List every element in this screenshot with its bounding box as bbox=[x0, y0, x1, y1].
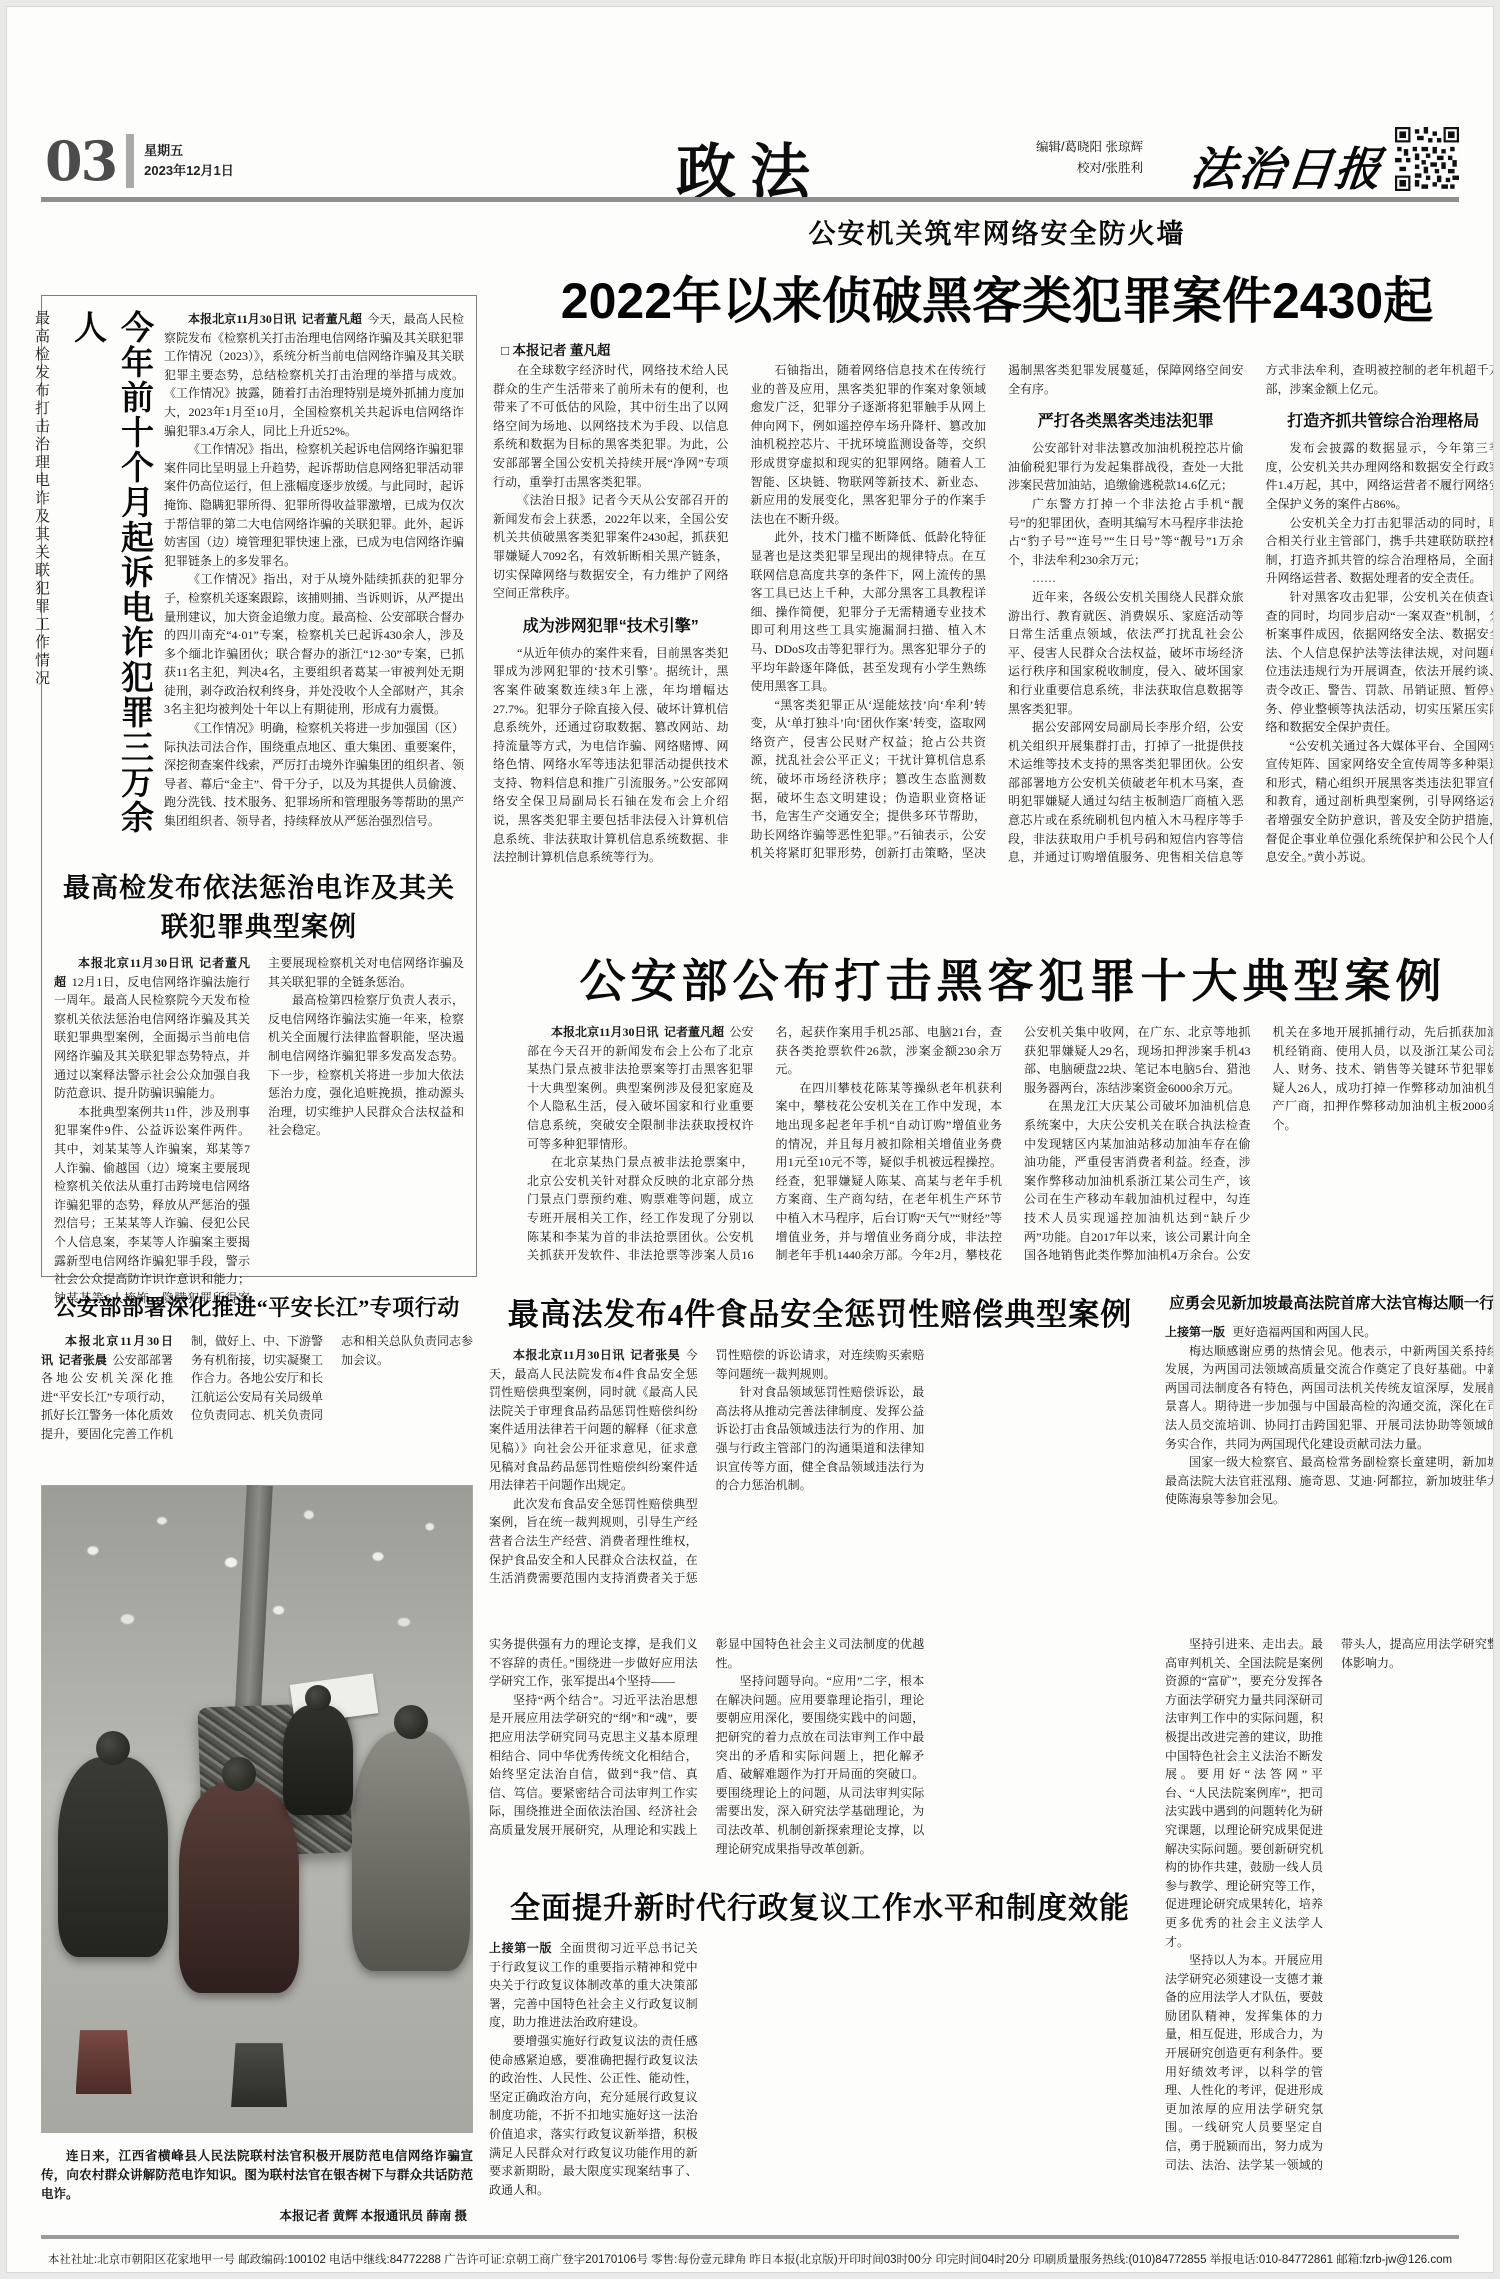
vertical-headline-block: 今年前十个月起诉电诈犯罪三万余人 最高检发布打击治理电诈及其关联犯罪工作情况 bbox=[54, 310, 158, 850]
ten-cases-headline: 公安部公布打击黑客犯罪十大典型案例 bbox=[527, 945, 1494, 1011]
dateline-lead: 本报北京11月30日讯 bbox=[188, 312, 296, 326]
qr-code bbox=[1395, 127, 1459, 191]
main-story-body: 在全球数字经济时代，网络技术给人民群众的生产生活带来了前所未有的便利，也带来了不… bbox=[493, 361, 1494, 873]
paragraph: 坚持引进来、走出去。最高审判机关、全国法院是案例资源的“富矿”，要充分发挥各方面… bbox=[1165, 1635, 1323, 1951]
changjiang-headline: 公安部部署深化推进“平安长江”专项行动 bbox=[41, 1291, 473, 1322]
paragraph: 本报北京11月30日讯记者董凡超今天，最高人民检察院发布《检察机关打击治理电信网… bbox=[164, 310, 464, 440]
judge-figure bbox=[352, 1731, 470, 1971]
paragraph: 《法治日报》记者今天从公安部召开的新闻发布会上获悉，2022年以来，全国公安机关… bbox=[493, 491, 729, 603]
ten-cases-story: 公安部公布打击黑客犯罪十大典型案例 本报北京11月30日讯记者董凡超公安部在今天… bbox=[527, 945, 1494, 1281]
vertical-headline: 今年前十个月起诉电诈犯罪三万余人 bbox=[64, 310, 158, 850]
paragraph: 实务提供强有力的理论支撑，是我们义不容辞的责任。”围绕进一步做好应用法学研究工作… bbox=[489, 1635, 698, 1691]
dateline-lead: 本报北京11月30日讯 bbox=[513, 1348, 625, 1362]
paragraph: 《工作情况》指出，检察机关起诉电信网络诈骗犯罪案件同比呈明显上升趋势，起诉帮助信… bbox=[164, 440, 464, 570]
reconsideration-body: 上接第一版全面贯彻习近平总书记关于行政复议工作的重要指示精神和党中央关于行政复议… bbox=[489, 1939, 1151, 2205]
dateline-lead: 本报北京11月30日讯 bbox=[551, 1025, 659, 1039]
changjiang-story: 公安部部署深化推进“平安长江”专项行动 本报北京11月30日讯记者张晨公安部部署… bbox=[41, 1291, 473, 1460]
legal-research-mid: 实务提供强有力的理论支撑，是我们义不容辞的责任。”围绕进一步做好应用法学研究工作… bbox=[489, 1635, 1151, 1867]
main-story-subhead-1: 成为涉网犯罪“技术引擎” bbox=[493, 603, 729, 644]
photo-credit: 本报记者 黄辉 本报通讯员 薛南 摄 bbox=[41, 2206, 473, 2224]
continued-from-page-one: 上接第一版 bbox=[489, 1941, 552, 1955]
editor-block: 编辑/葛晓阳 张琼辉 校对/张胜利 bbox=[1036, 137, 1143, 180]
paragraph: 上接第一版全面贯彻习近平总书记关于行政复议工作的重要指示精神和党中央关于行政复议… bbox=[489, 1939, 698, 2032]
masthead: 法治日报 bbox=[1188, 133, 1387, 199]
main-story-byline: □ 本报记者 董凡超 bbox=[493, 333, 1494, 361]
plastic-stool bbox=[76, 2030, 132, 2094]
box-story-body: 本报北京11月30日讯记者董凡超今天，最高人民检察院发布《检察机关打击治理电信网… bbox=[158, 310, 464, 850]
food-safety-body: 本报北京11月30日讯记者张昊今天，最高人民法院发布4件食品安全惩罚性赔偿典型案… bbox=[489, 1346, 1151, 1614]
paragraph: “公安机关通过各大媒体平台、全国网安宣传矩阵、国家网络安全宣传周等多种渠道和形式… bbox=[1266, 737, 1495, 867]
paragraph: 本报北京11月30日讯记者张晨公安部部署各地公安机关深化推进“平安长江”专项行动… bbox=[41, 1332, 473, 1460]
continued-from-page-one: 上接第一版 bbox=[1165, 1325, 1225, 1339]
photo-caption-block: 连日来，江西省横峰县人民法院联村法官积极开展防范电信网络诈骗宣传，向农村群众讲解… bbox=[41, 2147, 473, 2224]
paragraph: 公安机关全力打击犯罪活动的同时，联合相关行业主管部门，携手共建联防联控机制，打造… bbox=[1266, 514, 1495, 588]
paragraph: 针对食品领域惩罚性赔偿诉讼，最高法将从推动完善法律制度、发挥公益诉讼打击食品领域… bbox=[716, 1383, 925, 1495]
footer-imprint: 本社社址:北京市朝阳区花家地甲一号 邮政编码:100102 电话中继线:8477… bbox=[27, 2251, 1473, 2267]
villager-figure bbox=[283, 1705, 353, 1815]
paragraph: 《工作情况》指出，对于从境外陆续抓获的犯罪分子，检察机关逐案跟踪，该捕则捕、当诉… bbox=[164, 570, 464, 719]
legal-research-mid-body: 实务提供强有力的理论支撑，是我们义不容辞的责任。”围绕进一步做好应用法学研究工作… bbox=[489, 1635, 1151, 1867]
main-story: 公安机关筑牢网络安全防火墙 2022年以来侦破黑客类犯罪案件2430起 □ 本报… bbox=[493, 212, 1494, 873]
news-photo bbox=[41, 1485, 473, 2133]
villager-figure bbox=[179, 1783, 299, 1993]
paragraph: 本报北京11月30日讯记者董凡超公安部在今天召开的新闻发布会上公布了北京某热门景… bbox=[527, 1023, 754, 1153]
dateline-lead: 本报北京11月30日讯 bbox=[78, 956, 194, 970]
box-story-prosecutions: 今年前十个月起诉电诈犯罪三万余人 最高检发布打击治理电诈及其关联犯罪工作情况 本… bbox=[54, 310, 464, 850]
paragraph: 近年来，各级公安机关围绕人民群众旅游出行、教育就医、消费娱乐、家庭活动等日常生活… bbox=[1008, 588, 1244, 718]
newspaper-page: 03 星期五 2023年12月1日 政法 编辑/葛晓阳 张琼辉 校对/张胜利 法… bbox=[6, 6, 1494, 2273]
wooden-stool bbox=[231, 2043, 287, 2107]
changjiang-body: 本报北京11月30日讯记者张晨公安部部署各地公安机关深化推进“平安长江”专项行动… bbox=[41, 1332, 473, 1460]
yingyong-body: 上接第一版更好造福两国和两国人民。 梅达顺感谢应勇的热情会见。他表示，中新两国关… bbox=[1165, 1323, 1494, 1623]
yingyong-story: 应勇会见新加坡最高法院首席大法官梅达顺一行 上接第一版更好造福两国和两国人民。 … bbox=[1165, 1291, 1494, 1623]
main-story-subhead-3: 打造齐抓共管综合治理格局 bbox=[1266, 398, 1495, 439]
paragraph: 坚持问题导向。“应用”二字，根本在解决问题。应用要靠理论指引，理论要朝应用深化，… bbox=[716, 1672, 925, 1858]
food-safety-headline: 最高法发布4件食品安全惩罚性赔偿典型案例 bbox=[489, 1289, 1151, 1334]
box-cases-body: 本报北京11月30日讯记者董凡超12月1日，反电信网络诈骗法施行一周年。最高人民… bbox=[54, 954, 464, 1314]
paragraph: …… bbox=[1008, 569, 1244, 588]
paragraph: 本报北京11月30日讯记者张昊今天，最高人民法院发布4件食品安全惩罚性赔偿典型案… bbox=[489, 1346, 698, 1495]
villager-figure bbox=[58, 1757, 168, 1957]
reporter-name: 记者董凡超 bbox=[664, 1025, 724, 1039]
paragraph: 要增强实施好行政复议法的责任感使命感紧迫感，要准确把握行政复议法的政治性、人民性… bbox=[489, 2032, 698, 2199]
main-story-kicker: 公安机关筑牢网络安全防火墙 bbox=[493, 212, 1494, 251]
paragraph: 本报北京11月30日讯记者董凡超12月1日，反电信网络诈骗法施行一周年。最高人民… bbox=[54, 954, 250, 1103]
paragraph: 发布会披露的数据显示，今年第三季度，公安机关共办理网络和数据安全行政案件1.4万… bbox=[1266, 439, 1495, 513]
proofreader-line: 校对/张胜利 bbox=[1036, 158, 1143, 179]
paragraph: 广东警方打掉一个非法抢占手机“靓号”的犯罪团伙，查明其编写木马程序非法抢占“豹子… bbox=[1008, 495, 1244, 569]
paragraph: 《工作情况》明确，检察机关将进一步加强国（区）际执法司法合作，围绕重点地区、重大… bbox=[164, 719, 464, 831]
paragraph: 公安部针对非法篡改加油机税控芯片偷油偷税犯罪行为发起集群战役，查处一大批涉案民营… bbox=[1008, 439, 1244, 495]
reporter-name: 记者张晨 bbox=[59, 1353, 108, 1367]
food-safety-story: 最高法发布4件食品安全惩罚性赔偿典型案例 本报北京11月30日讯记者张昊今天，最… bbox=[489, 1289, 1151, 1614]
legal-research-right-body: 坚持引进来、走出去。最高审判机关、全国法院是案例资源的“富矿”，要充分发挥各方面… bbox=[1165, 1635, 1494, 2201]
reconsideration-headline: 全面提升新时代行政复议工作水平和制度效能 bbox=[489, 1883, 1151, 1927]
paragraph: 最高检第四检察厅负责人表示，反电信网络诈骗法实施一年来，检察机关全面履行法律监督… bbox=[268, 991, 464, 1140]
main-story-subhead-2: 严打各类黑客类违法犯罪 bbox=[1008, 398, 1244, 439]
box-story-cases: 最高检发布依法惩治电诈及其关联犯罪典型案例 本报北京11月30日讯记者董凡超12… bbox=[54, 850, 464, 1314]
main-story-headline: 2022年以来侦破黑客类犯罪案件2430起 bbox=[493, 261, 1494, 333]
reconsideration-story: 全面提升新时代行政复议工作水平和制度效能 上接第一版全面贯彻习近平总书记关于行政… bbox=[489, 1883, 1151, 2205]
paragraph: 此外，技术门槛不断降低、低龄化特征显著也是这类犯罪呈现出的规律特点。在互联网信息… bbox=[751, 528, 987, 695]
box-top-stories: 今年前十个月起诉电诈犯罪三万余人 最高检发布打击治理电诈及其关联犯罪工作情况 本… bbox=[41, 295, 477, 1277]
reporter-name: 记者董凡超 bbox=[302, 312, 362, 326]
paragraph: 石铀指出，随着网络信息技术在传统行业的普及应用，黑客类犯罪的作案对象领域愈发广泛… bbox=[751, 361, 987, 528]
vertical-kicker: 最高检发布打击治理电诈及其关联犯罪工作情况 bbox=[31, 310, 52, 850]
legal-research-right: 坚持引进来、走出去。最高审判机关、全国法院是案例资源的“富矿”，要充分发挥各方面… bbox=[1165, 1635, 1494, 2201]
paragraph: 上接第一版更好造福两国和两国人民。 bbox=[1165, 1323, 1494, 1342]
paragraph: 梅达顺感谢应勇的热情会见。他表示，中新两国关系持续发展，为两国司法领域高质量交流… bbox=[1165, 1342, 1494, 1454]
header-rule bbox=[41, 197, 1459, 202]
ten-cases-body: 本报北京11月30日讯记者董凡超公安部在今天召开的新闻发布会上公布了北京某热门景… bbox=[527, 1023, 1494, 1281]
yingyong-headline: 应勇会见新加坡最高法院首席大法官梅达顺一行 bbox=[1165, 1291, 1494, 1313]
paragraph: 针对黑客攻击犯罪，公安机关在侦查调查的同时，均同步启动“一案双查”机制，分析案事… bbox=[1266, 588, 1495, 737]
paragraph: “从近年侦办的案件来看，目前黑客类犯罪成为涉网犯罪的‘技术引擎’。据统计，黑客案… bbox=[493, 644, 729, 867]
editor-line: 编辑/葛晓阳 张琼辉 bbox=[1036, 137, 1143, 158]
paragraph: 国家一级大检察官、最高检常务副检察长童建明，新加坡最高法院大法官莊泓翔、施奇恩、… bbox=[1165, 1453, 1494, 1509]
paragraph: 在全球数字经济时代，网络技术给人民群众的生产生活带来了前所未有的便利，也带来了不… bbox=[493, 361, 729, 491]
photo-caption: 连日来，江西省横峰县人民法院联村法官积极开展防范电信网络诈骗宣传，向农村群众讲解… bbox=[41, 2147, 473, 2204]
footer-rule bbox=[41, 2235, 1459, 2239]
reporter-name: 记者张昊 bbox=[630, 1348, 680, 1362]
box-cases-headline: 最高检发布依法惩治电诈及其关联犯罪典型案例 bbox=[54, 850, 464, 954]
